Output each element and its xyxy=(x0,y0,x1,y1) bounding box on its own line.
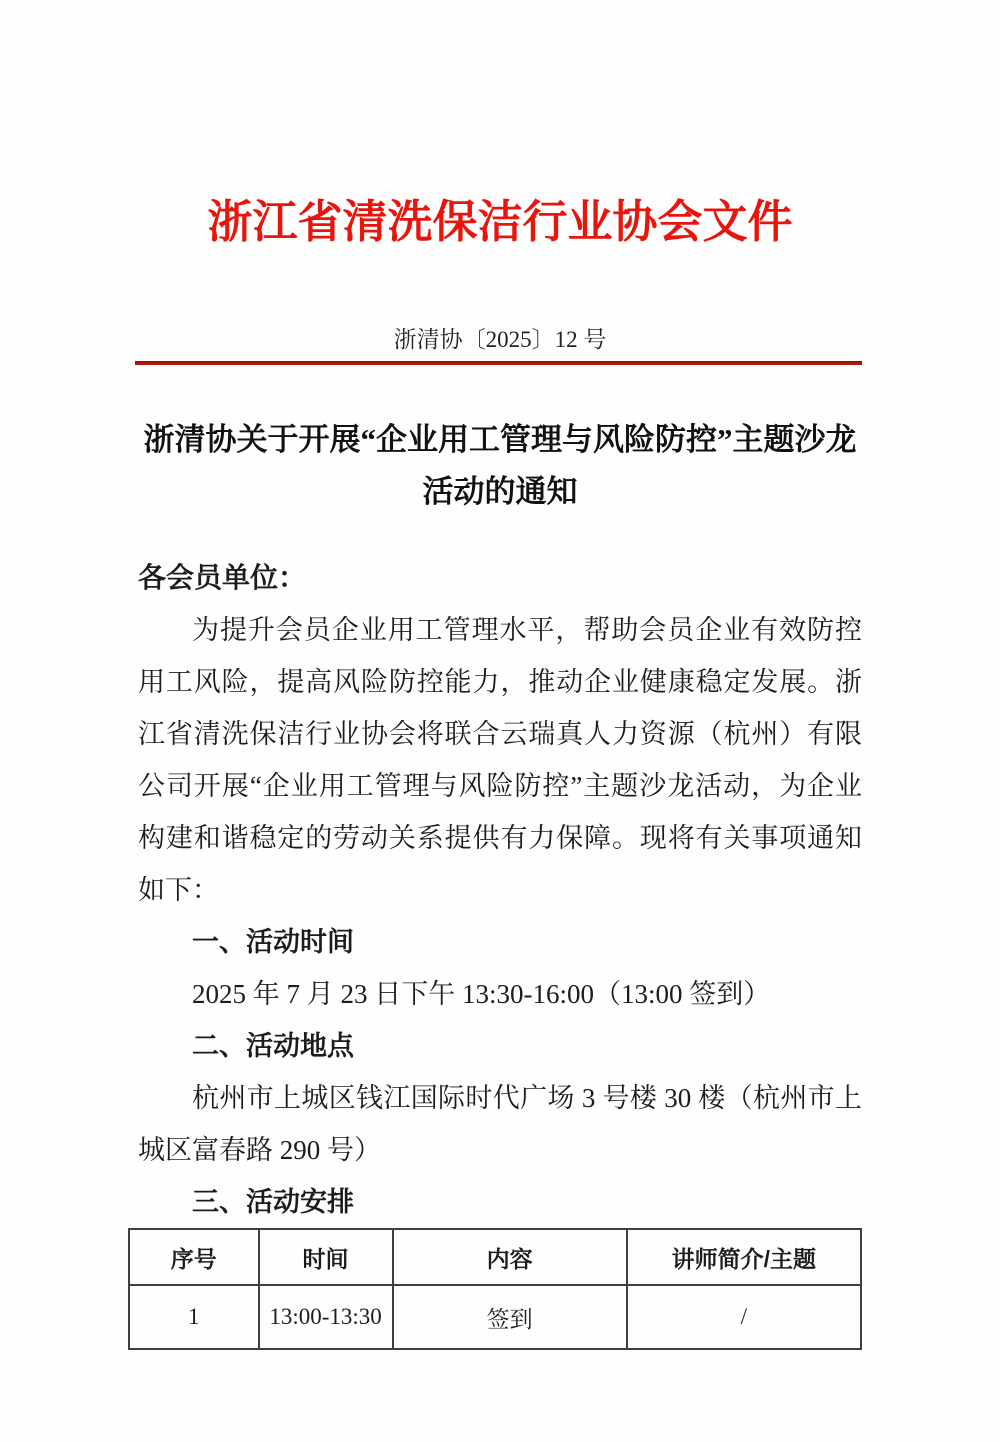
table-header-time: 时间 xyxy=(259,1229,393,1285)
table-header-content: 内容 xyxy=(393,1229,627,1285)
section-1-heading: 一、活动时间 xyxy=(138,916,862,968)
salutation: 各会员单位： xyxy=(138,552,862,604)
section-3-heading: 三、活动安排 xyxy=(138,1176,862,1228)
table-cell-seq: 1 xyxy=(129,1285,259,1349)
document-number: 浙清协〔2025〕12 号 xyxy=(0,321,1000,354)
schedule-table-row-1: 1 13:00-13:30 签到 / xyxy=(129,1285,861,1349)
table-cell-speaker-topic: / xyxy=(627,1285,861,1349)
section-1-content: 2025 年 7 月 23 日下午 13:30-16:00（13:00 签到） xyxy=(138,968,862,1020)
notice-title-line-1: 浙清协关于开展“企业用工管理与风险防控”主题沙龙 xyxy=(0,414,1000,466)
letterhead-divider-rule xyxy=(135,361,862,365)
section-2-content: 杭州市上城区钱江国际时代广场 3 号楼 30 楼（杭州市上城区富春路 290 号… xyxy=(138,1072,862,1176)
notice-body: 各会员单位： 为提升会员企业用工管理水平，帮助会员企业有效防控用工风险，提高风险… xyxy=(138,552,862,1350)
notice-document-page: 浙江省清洗保洁行业协会文件 浙清协〔2025〕12 号 浙清协关于开展“企业用工… xyxy=(0,0,1000,1442)
table-header-seq: 序号 xyxy=(129,1229,259,1285)
schedule-table-header-row: 序号 时间 内容 讲师简介/主题 xyxy=(129,1229,861,1285)
table-cell-content: 签到 xyxy=(393,1285,627,1349)
notice-title-line-2: 活动的通知 xyxy=(0,466,1000,518)
table-header-speaker-topic: 讲师简介/主题 xyxy=(627,1229,861,1285)
notice-title: 浙清协关于开展“企业用工管理与风险防控”主题沙龙 活动的通知 xyxy=(0,414,1000,518)
organization-letterhead-title: 浙江省清洗保洁行业协会文件 xyxy=(0,185,1000,250)
intro-paragraph: 为提升会员企业用工管理水平，帮助会员企业有效防控用工风险，提高风险防控能力，推动… xyxy=(138,604,862,916)
schedule-table: 序号 时间 内容 讲师简介/主题 1 13:00-13:30 签到 / xyxy=(128,1228,862,1350)
table-cell-time: 13:00-13:30 xyxy=(259,1285,393,1349)
section-2-heading: 二、活动地点 xyxy=(138,1020,862,1072)
